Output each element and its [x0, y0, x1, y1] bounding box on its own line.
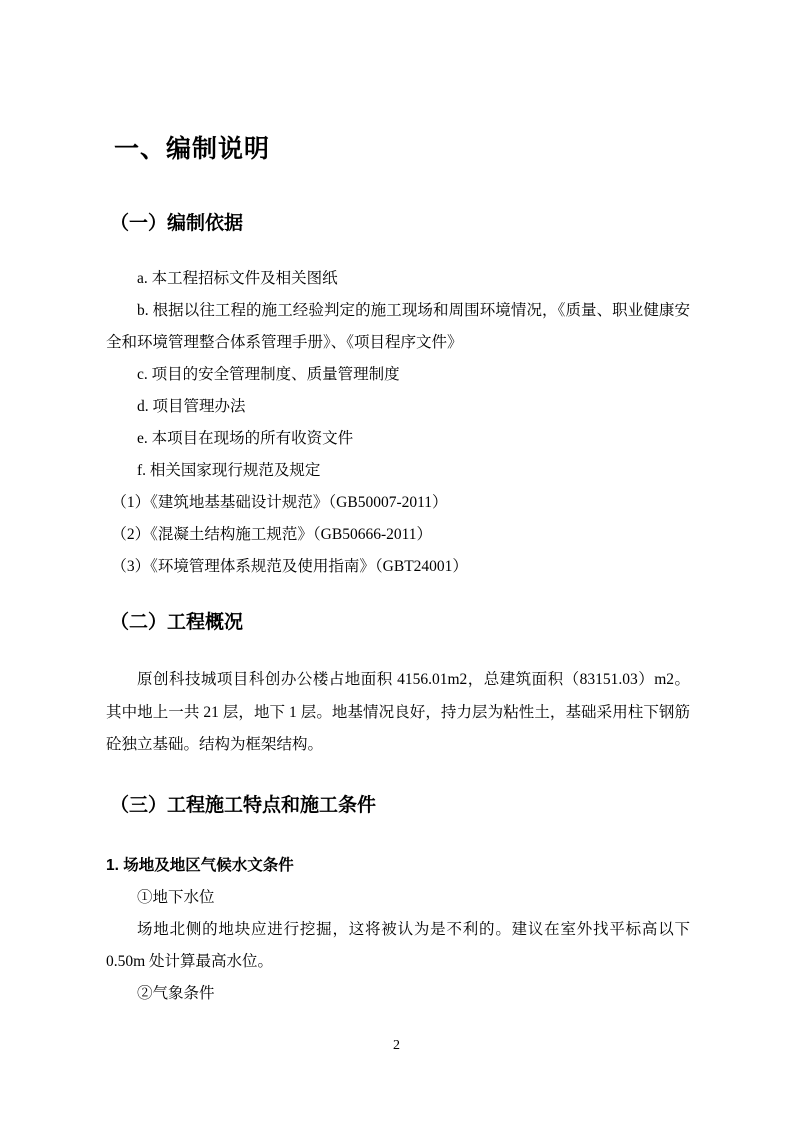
list-item: ①地下水位 — [106, 882, 690, 914]
section-3-subheading: 1. 场地及地区气候水文条件 — [106, 850, 690, 882]
document-content: 一、编制说明 （一）编制依据 a. 本工程招标文件及相关图纸 b. 根据以往工程… — [106, 0, 690, 1010]
section-2-paragraph: 原创科技城项目科创办公楼占地面积 4156.01m2，总建筑面积（83151.0… — [106, 664, 690, 762]
list-item: e. 本项目在现场的所有收资文件 — [106, 423, 690, 455]
section-2-heading: （二）工程概况 — [110, 609, 690, 636]
section-3-list: ①地下水位 场地北侧的地块应进行挖掘，这将被认为是不利的。建议在室外找平标高以下… — [106, 882, 690, 1010]
section-1-heading: （一）编制依据 — [110, 210, 690, 237]
list-item: d. 项目管理办法 — [106, 391, 690, 423]
section-1-list: a. 本工程招标文件及相关图纸 b. 根据以往工程的施工经验判定的施工现场和周围… — [106, 263, 690, 583]
list-item: 场地北侧的地块应进行挖掘，这将被认为是不利的。建议在室外找平标高以下 0.50m… — [106, 914, 690, 978]
list-item: a. 本工程招标文件及相关图纸 — [106, 263, 690, 295]
section-3-heading: （三）工程施工特点和施工条件 — [110, 792, 690, 819]
list-item: c. 项目的安全管理制度、质量管理制度 — [106, 359, 690, 391]
main-title: 一、编制说明 — [114, 132, 690, 166]
list-item: b. 根据以往工程的施工经验判定的施工现场和周围环境情况，《质量、职业健康安全和… — [106, 295, 690, 359]
list-item: ②气象条件 — [106, 978, 690, 1010]
list-item: （1）《建筑地基基础设计规范》（GB50007-2011） — [106, 487, 690, 519]
list-item: （2）《混凝土结构施工规范》（GB50666-2011） — [106, 519, 690, 551]
page-number: 2 — [0, 1036, 793, 1056]
document-page: 一、编制说明 （一）编制依据 a. 本工程招标文件及相关图纸 b. 根据以往工程… — [0, 0, 793, 1122]
list-item: （3）《环境管理体系规范及使用指南》（GBT24001） — [106, 551, 690, 583]
list-item: f. 相关国家现行规范及规定 — [106, 455, 690, 487]
